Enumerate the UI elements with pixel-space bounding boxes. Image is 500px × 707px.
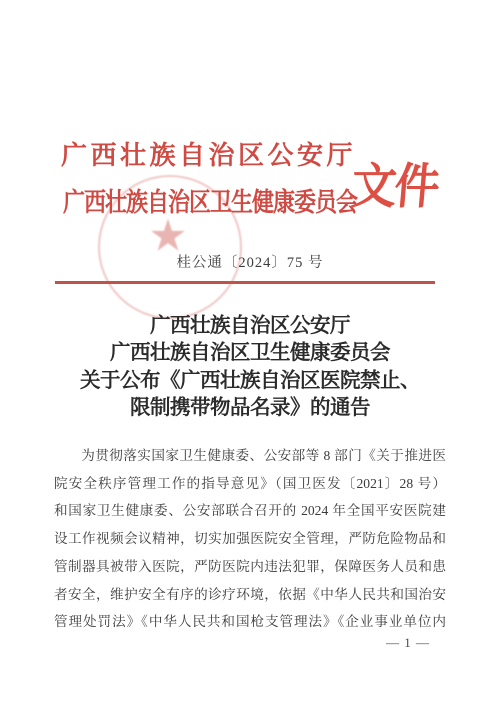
body-line-3: 和国家卫生健康委、公安部联合召开的 2024 年全国平安医院建 xyxy=(54,497,446,525)
title-line-3: 关于公布《广西壮族自治区医院禁止、 xyxy=(0,368,500,395)
document-type-label: 文件 xyxy=(349,147,441,217)
body-line-5: 管制器具被带入医院，严防医院内违法犯罪，保障医务人员和患 xyxy=(54,553,446,581)
document-page: 广西壮族自治区公安厅 广西壮族自治区卫生健康委员会 文件 ★ 桂公通〔2024〕… xyxy=(0,0,500,707)
body-line-6: 者安全，维护安全有序的诊疗环境，依据《中华人民共和国治安 xyxy=(54,581,446,609)
body-line-7: 管理处罚法》《中华人民共和国枪支管理法》《企业事业单位内 xyxy=(54,608,446,636)
issuing-agency-line-1: 广西壮族自治区公安厅 xyxy=(61,135,356,172)
body-line-1: 为贯彻落实国家卫生健康委、公安部等 8 部门《关于推进医 xyxy=(54,442,446,470)
issuing-agency-line-2: 广西壮族自治区卫生健康委员会 xyxy=(63,182,357,219)
title-line-4: 限制携带物品名录》的通告 xyxy=(0,395,500,422)
red-divider-rule xyxy=(55,281,435,284)
document-title: 广西壮族自治区公安厅 广西壮族自治区卫生健康委员会 关于公布《广西壮族自治区医院… xyxy=(0,313,500,423)
title-line-2: 广西壮族自治区卫生健康委员会 xyxy=(0,340,500,367)
title-line-1: 广西壮族自治区公安厅 xyxy=(0,313,500,340)
document-body: 为贯彻落实国家卫生健康委、公安部等 8 部门《关于推进医 院安全秩序管理工作的指… xyxy=(54,442,446,636)
body-line-4: 设工作视频会议精神，切实加强医院安全管理，严防危险物品和 xyxy=(54,525,446,553)
body-line-2: 院安全秩序管理工作的指导意见》（国卫医发〔2021〕28 号） xyxy=(54,470,446,498)
document-number: 桂公通〔2024〕75 号 xyxy=(0,251,500,272)
page-number: — 1 — xyxy=(386,635,430,651)
